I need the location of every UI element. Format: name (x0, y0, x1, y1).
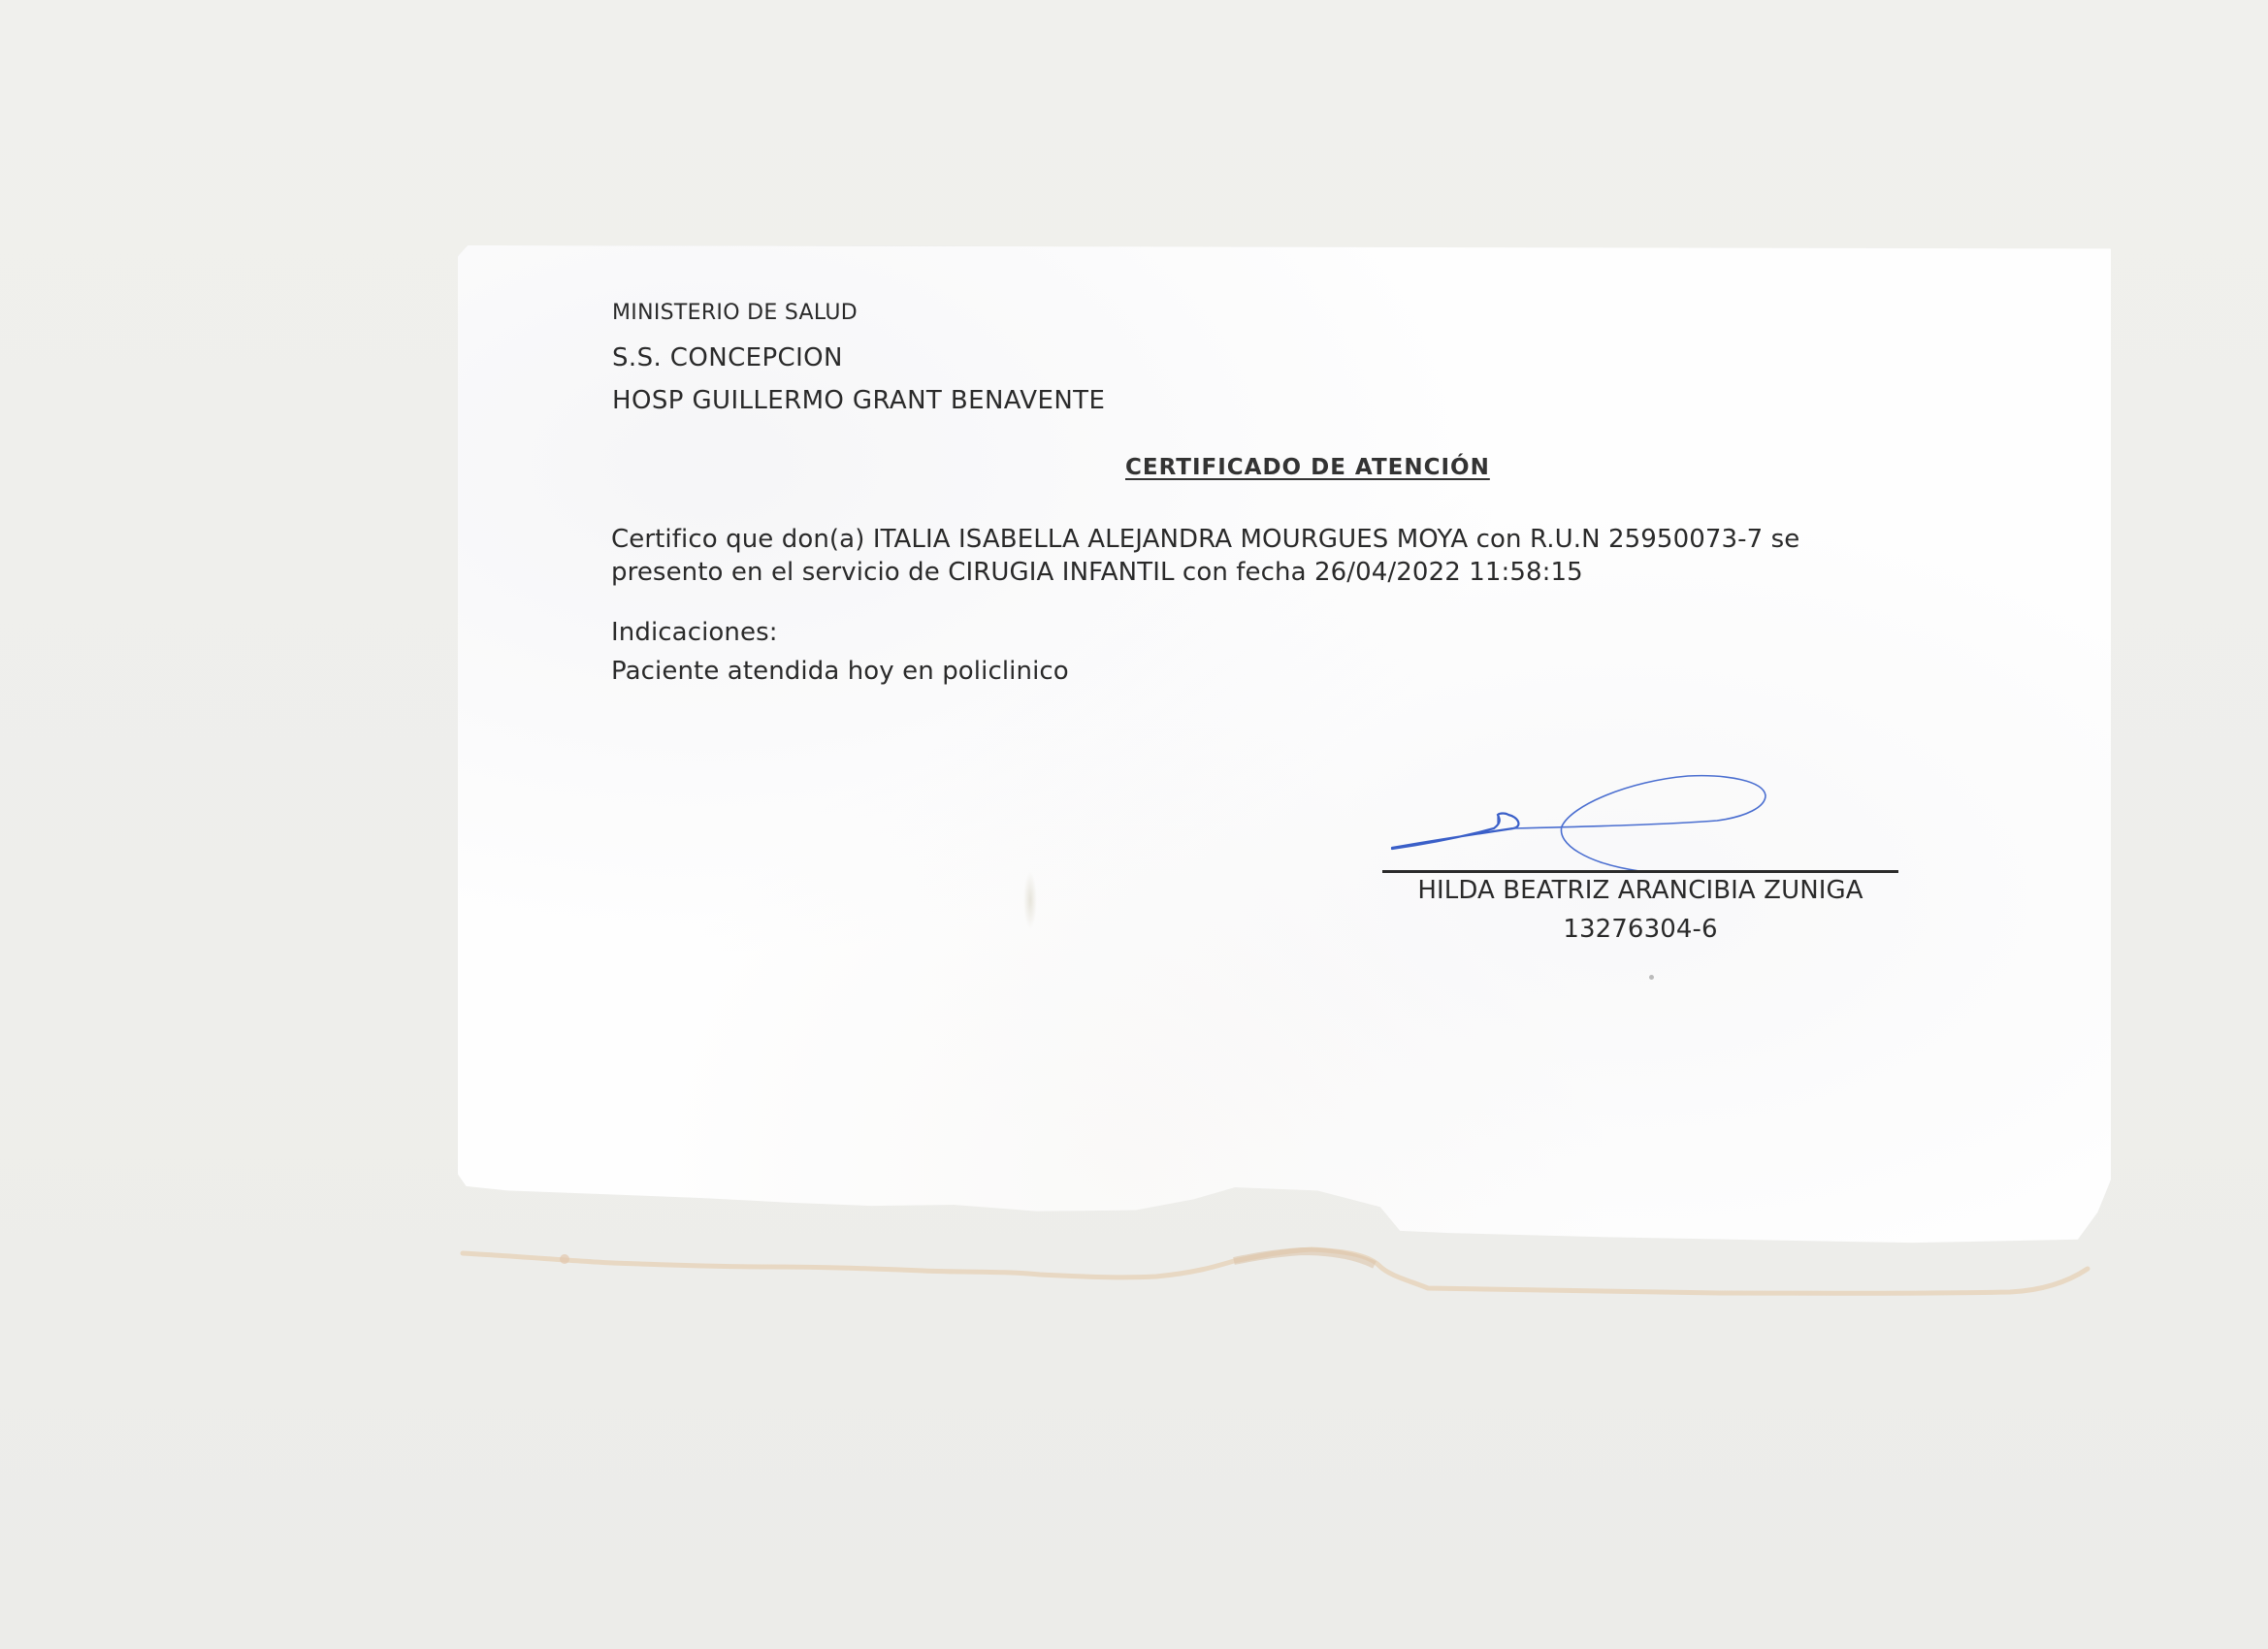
certificate-body-line-1: Certifico que don(a) ITALIA ISABELLA ALE… (611, 527, 1799, 552)
paper-speck (1649, 975, 1654, 980)
indications-text: Paciente atendida hoy en policlinico (611, 659, 1069, 684)
signer-name: HILDA BEATRIZ ARANCIBIA ZUNIGA (1417, 878, 1863, 903)
signature-line (1382, 870, 1898, 873)
handwritten-signature (1377, 757, 1921, 878)
paper-smudge (1023, 871, 1037, 929)
certificate-body-line-2: presento en el servicio de CIRUGIA INFAN… (611, 560, 1583, 585)
health-service-heading: S.S. CONCEPCION (612, 345, 843, 371)
indications-label: Indicaciones: (611, 620, 778, 645)
hospital-heading: HOSP GUILLERMO GRANT BENAVENTE (612, 388, 1105, 413)
signer-id: 13276304-6 (1563, 917, 1717, 942)
ministry-heading: MINISTERIO DE SALUD (612, 303, 858, 324)
certificate-title: CERTIFICADO DE ATENCIÓN (1125, 457, 1490, 479)
